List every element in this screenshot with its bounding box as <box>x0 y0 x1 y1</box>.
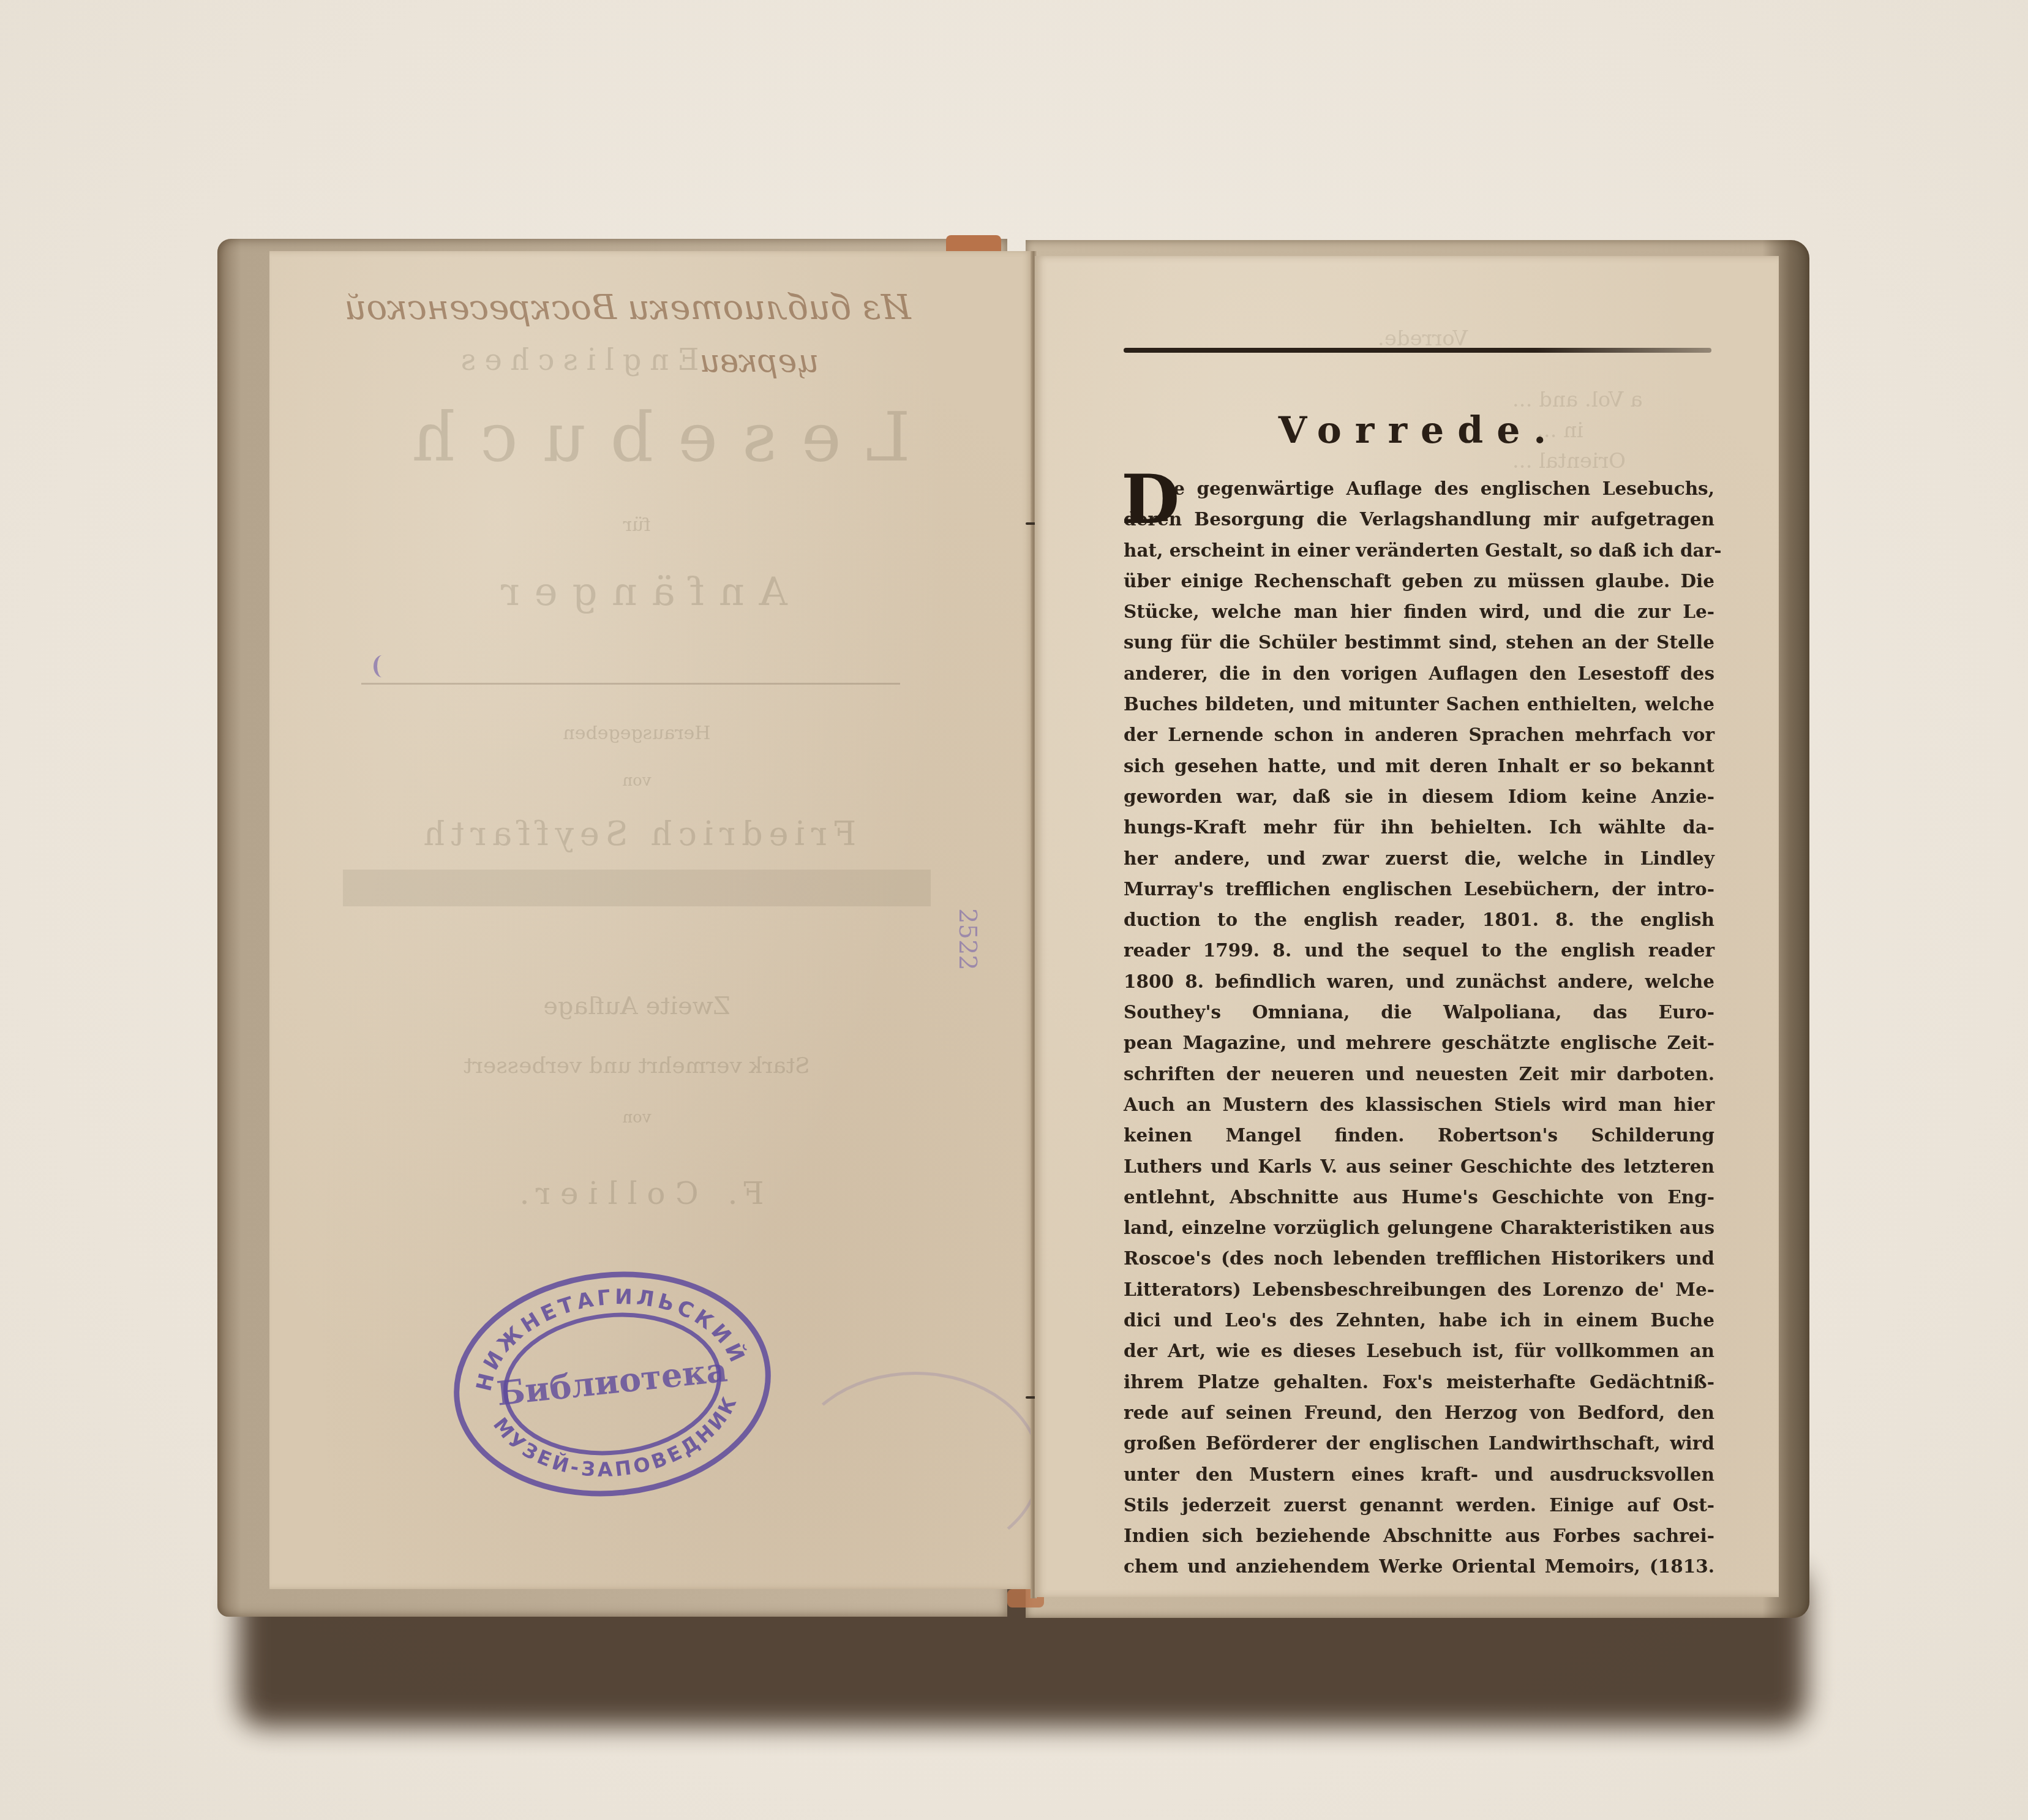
bleed-title-line-2: Lesebuch <box>343 398 955 476</box>
text-line: 1800 8. befindlich waren, und zunächst a… <box>1124 966 1714 997</box>
text-line: dici und Leo's des Zehnten, habe ich in … <box>1124 1305 1714 1336</box>
text-line: ihrem Platze gehalten. Fox's meisterhaft… <box>1124 1367 1714 1397</box>
text-line: unter den Mustern eines kraft- und ausdr… <box>1124 1459 1714 1490</box>
bleed-rule <box>361 683 900 685</box>
text-line: rede auf seinen Freund, den Herzog von B… <box>1124 1397 1714 1428</box>
violet-mark <box>374 655 391 677</box>
text-line: pean Magazine, und mehrere geschätzte en… <box>1124 1028 1714 1058</box>
text-line: Auch an Mustern des klassischen Stiels w… <box>1124 1089 1714 1120</box>
text-line: geworden war, daß sie in diesem Idiom ke… <box>1124 781 1714 812</box>
left-page: Из библиотеки Воскресенской церкви Engli… <box>269 251 1032 1589</box>
text-line: der Lernende schon in anderen Sprachen m… <box>1124 720 1714 750</box>
bleed-title-line-3: für <box>545 514 729 536</box>
open-book: Из библиотеки Воскресенской церкви Engli… <box>217 239 1809 1620</box>
library-stamp: НИЖНЕТАГИЛЬСКИЙ Библиотека МУЗЕЙ-ЗАПОВЕД… <box>436 1251 789 1517</box>
text-line: sich gesehen hatte, und mit deren Inhalt… <box>1124 751 1714 781</box>
bleed-title-line-5: Herausgegeben <box>484 723 790 744</box>
bleed-running-head: Vorrede. <box>1378 326 1468 351</box>
page-title: Vorrede. <box>1124 409 1714 452</box>
text-line: entlehnt, Abschnitte aus Hume's Geschich… <box>1124 1182 1714 1213</box>
text-line: chem und anziehendem Werke Oriental Memo… <box>1124 1551 1714 1582</box>
text-line: deren Besorgung die Verlagshandlung mir … <box>1124 504 1714 535</box>
pencil-shelfmark: 2522 <box>953 908 982 945</box>
head-rule <box>1124 348 1711 353</box>
text-line: duction to the english reader, 1801. 8. … <box>1124 904 1714 935</box>
stamp-center-text: Библиотека <box>495 1350 729 1413</box>
bleed-title-line-6: von <box>576 772 698 790</box>
text-line: Litterators) Lebensbeschreibungen des Lo… <box>1124 1274 1714 1305</box>
text-line: Murray's trefflichen englischen Lesebüch… <box>1124 874 1714 904</box>
text-line: Stils jederzeit zuerst genannt werden. E… <box>1124 1490 1714 1521</box>
text-line: reader 1799. 8. und the sequel to the en… <box>1124 935 1714 966</box>
text-line: Luthers und Karls V. aus seiner Geschich… <box>1124 1151 1714 1182</box>
bleed-line-3: Oriental ... <box>1512 449 1626 473</box>
preface-body: D ie gegenwärtige Auflage des englischen… <box>1124 473 1714 1582</box>
text-line: land, einzelne vorzüglich gelungene Char… <box>1124 1213 1714 1243</box>
text-line: ie gegenwärtige Auflage des englischen L… <box>1124 473 1714 504</box>
bleed-title-line-11: F. Collier. <box>423 1176 851 1211</box>
text-line: hungs-Kraft mehr für ihn behielten. Ich … <box>1124 812 1714 843</box>
text-line: Roscoe's (des noch lebenden trefflichen … <box>1124 1243 1714 1274</box>
drop-cap: D <box>1121 466 1179 533</box>
right-page: Vorrede. a Vol. and ... in ... Oriental … <box>1035 256 1779 1597</box>
text-line: der Art, wie es dieses Lesebuch ist, für… <box>1124 1336 1714 1366</box>
text-line: Southey's Omniana, die Walpoliana, das E… <box>1124 997 1714 1028</box>
bleed-title-line-9: Stark vermehrt und verbessert <box>361 1053 912 1078</box>
text-line: anderer, die in den vorigen Auflagen den… <box>1124 658 1714 689</box>
text-line: Stücke, welche man hier finden wird, und… <box>1124 596 1714 627</box>
bleed-title-line-10: von <box>576 1108 698 1127</box>
bleed-line-1: a Vol. and ... <box>1512 388 1643 412</box>
bleed-title-line-1: Englisches <box>361 343 790 377</box>
bleed-title-line-4: Anfänger <box>361 570 912 615</box>
text-line: sung für die Schüler bestimmt sind, steh… <box>1124 627 1714 658</box>
handwriting-bleed-line-1: Из библиотеки Воскресенской <box>306 288 949 328</box>
text-line: Indien sich beziehende Abschnitte aus Fo… <box>1124 1521 1714 1551</box>
text-line: her andere, und zwar zuerst die, welche … <box>1124 843 1714 874</box>
text-line: großen Beförderer der englischen Landwir… <box>1124 1428 1714 1459</box>
text-line: schriften der neueren und neuesten Zeit … <box>1124 1059 1714 1089</box>
bleed-title-line-7: Friedrich Seyffarth <box>361 814 912 853</box>
text-line: hat, erscheint in einer veränderten Gest… <box>1124 535 1714 566</box>
text-line: über einige Rechenschaft geben zu müssen… <box>1124 566 1714 596</box>
faint-stamp-offset <box>790 1372 1041 1562</box>
text-line: Buches bildeten, und mitunter Sachen ent… <box>1124 689 1714 720</box>
bleed-small-print <box>343 870 931 906</box>
bleed-title-line-8: Zweite Auflage <box>484 992 790 1020</box>
text-line: keinen Mangel finden. Robertson's Schild… <box>1124 1120 1714 1151</box>
